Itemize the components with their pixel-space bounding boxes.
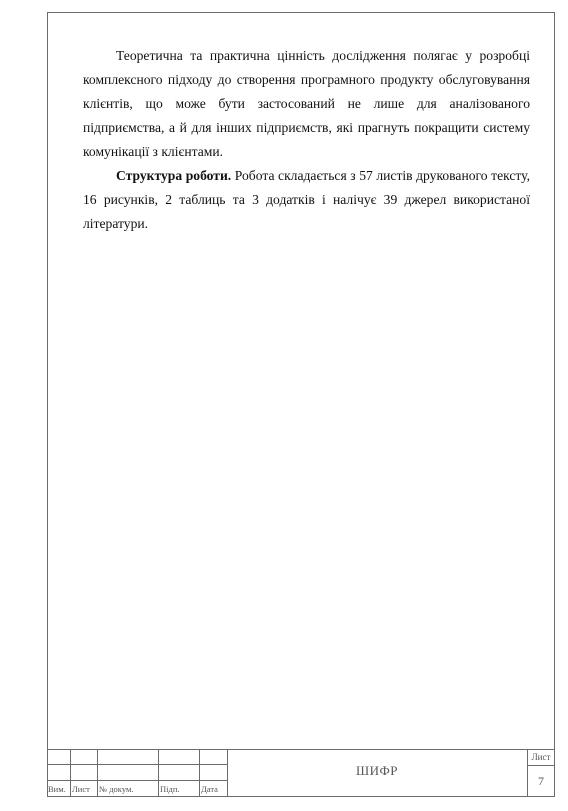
stamp-col-line [199, 749, 200, 797]
paragraph-bold-lead: Структура роботи. [116, 168, 231, 183]
sheet-label: Лист [527, 752, 555, 762]
stamp-label-date: Дата [201, 784, 218, 794]
paragraph-value: Теоретична та практична цінність дослідж… [83, 44, 530, 164]
stamp-sheet-divider [527, 765, 555, 766]
document-body: Теоретична та практична цінність дослідж… [83, 44, 530, 236]
stamp-row-line [47, 764, 227, 765]
stamp-label-change: Вим. [48, 784, 66, 794]
paragraph-text: Теоретична та практична цінність дослідж… [83, 48, 530, 159]
document-code: ШИФР [227, 763, 527, 779]
sheet-number: 7 [527, 774, 555, 789]
stamp-label-sheet: Лист [72, 784, 90, 794]
stamp-col-line [158, 749, 159, 797]
stamp-row-line [47, 780, 227, 781]
title-block-stamp: Вим. Лист № докум. Підп. Дата ШИФР Лист … [47, 749, 555, 797]
paragraph-structure: Структура роботи. Робота складається з 5… [83, 164, 530, 236]
stamp-col-line [70, 749, 71, 797]
stamp-label-doc-number: № докум. [99, 784, 133, 794]
stamp-top-line [47, 749, 555, 750]
stamp-col-line [97, 749, 98, 797]
stamp-label-signature: Підп. [160, 784, 180, 794]
